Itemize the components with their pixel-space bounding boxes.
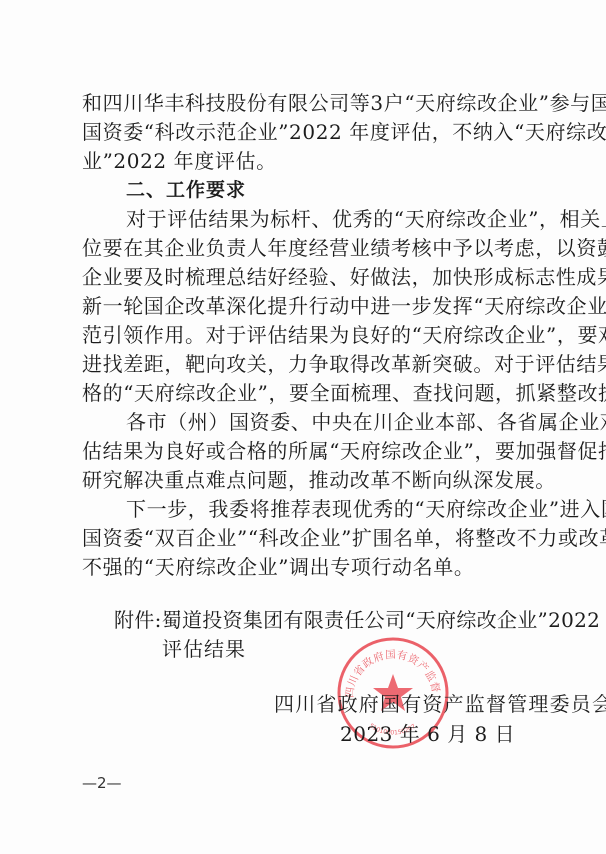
body-text-line: 和四川华丰科技股份有限公司等3户“天府综改企业”参与国务院 bbox=[82, 89, 528, 117]
issuing-organization: 四川省政府国有资产监督管理委员会 bbox=[274, 690, 606, 718]
body-text-line: 进找差距，靶向攻关，力争取得改革新突破。对于评估结果为合 bbox=[82, 350, 528, 378]
section-heading: 二、工作要求 bbox=[126, 176, 246, 204]
body-text-line: 业”2022 年度评估。 bbox=[82, 147, 528, 175]
body-text-line: 对于评估结果为标杆、优秀的“天府综改企业”，相关上级单 bbox=[126, 205, 528, 233]
body-text-line: 不强的“天府综改企业”调出专项行动名单。 bbox=[82, 553, 528, 581]
body-text-line: 各市（州）国资委、中央在川企业本部、各省属企业对于评 bbox=[126, 408, 528, 436]
body-text-line: 国资委“科改示范企业”2022 年度评估，不纳入“天府综改企 bbox=[82, 118, 528, 146]
body-text-line: 位要在其企业负责人年度经营业绩考核中予以考虑，以资鼓励。 bbox=[82, 234, 528, 262]
document-page: 和四川华丰科技股份有限公司等3户“天府综改企业”参与国务院 国资委“科改示范企业… bbox=[0, 0, 606, 854]
issue-date: 2023 年 6 月 8 日 bbox=[340, 720, 515, 748]
body-text-line: 范引领作用。对于评估结果为良好的“天府综改企业”，要对标先 bbox=[82, 321, 528, 349]
body-text-line: 估结果为良好或合格的所属“天府综改企业”，要加强督促指导， bbox=[82, 437, 528, 465]
page-number: —2— bbox=[82, 774, 122, 792]
body-text-line: 新一轮国企改革深化提升行动中进一步发挥“天府综改企业”示 bbox=[82, 292, 528, 320]
body-text-line: 研究解决重点难点问题，推动改革不断向纵深发展。 bbox=[82, 466, 528, 494]
attachment-line: 评估结果 bbox=[162, 635, 246, 663]
attachment-line: 附件:蜀道投资集团有限责任公司“天府综改企业”2022 年度 bbox=[114, 606, 528, 634]
body-text-line: 企业要及时梳理总结好经验、好做法，加快形成标志性成果，在 bbox=[82, 263, 528, 291]
body-text-line: 国资委“双百企业”“科改企业”扩围名单，将整改不力或改革意愿 bbox=[82, 524, 528, 552]
body-text-line: 下一步，我委将推荐表现优秀的“天府综改企业”进入国务院 bbox=[126, 495, 528, 523]
body-text-line: 格的“天府综改企业”，要全面梳理、查找问题，抓紧整改提升。 bbox=[82, 379, 528, 407]
